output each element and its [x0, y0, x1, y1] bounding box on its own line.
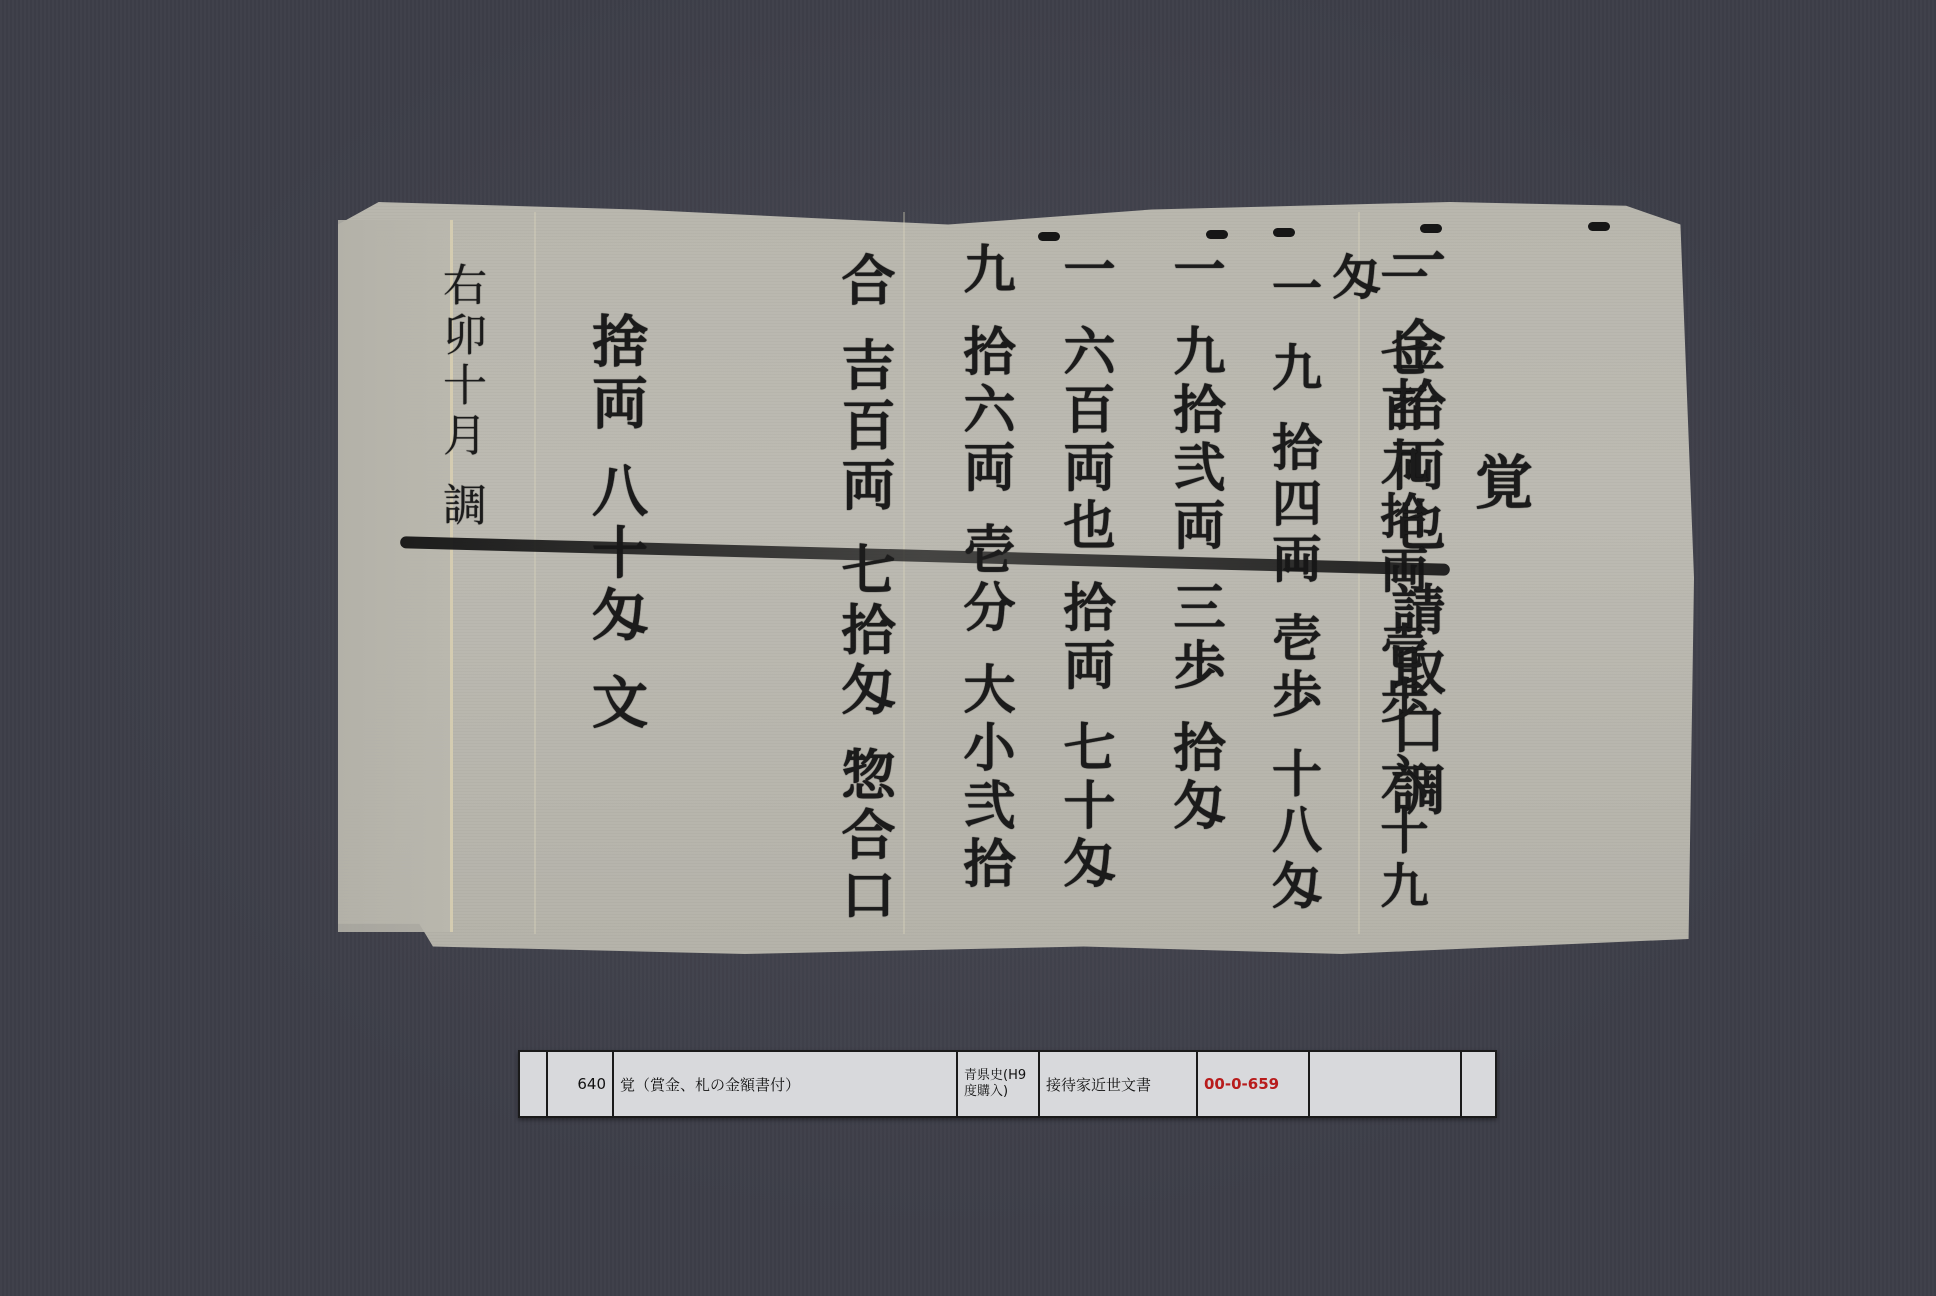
- text-column: 一 六百両也 拾両 七十匁: [1058, 242, 1110, 894]
- text-column: 捨両 八十匁 文: [588, 312, 644, 735]
- label-blank-cell: [1462, 1052, 1495, 1116]
- ink-mark: [1038, 232, 1060, 241]
- manuscript-document: 覚 一 金拾両也 請取口調 一 七百九拾両 壱歩 六十九匁 一 九 拾四両 壱歩…: [338, 202, 1694, 954]
- text-column: 一 九拾弐両 三歩 拾匁: [1168, 242, 1220, 836]
- label-number: 640: [548, 1052, 614, 1116]
- label-catalog-id: 00-0-659: [1198, 1052, 1310, 1116]
- fold-crease: [903, 212, 905, 934]
- ink-mark: [1273, 228, 1295, 237]
- text-column: 一 七百九拾両 壱歩 六十九匁: [1328, 252, 1424, 954]
- text-column: 九 拾六両 壱分 大小弐拾: [958, 242, 1010, 894]
- label-title: 覚（賞金、札の金額書付）: [614, 1052, 958, 1116]
- label-blank-cell: [1310, 1052, 1462, 1116]
- text-column: 合 吉百両 七拾匁 惣合口: [838, 252, 892, 926]
- label-blank-cell: [520, 1052, 548, 1116]
- date-column: 右卯十月 調: [438, 262, 482, 532]
- catalog-label-strip: 640 覚（賞金、札の金額書付） 青県史(H9 度購入) 接待家近世文書 00-…: [518, 1050, 1497, 1118]
- text-column: 一 九 拾四両 壱歩 十八匁: [1268, 262, 1318, 916]
- label-source: 青県史(H9 度購入): [958, 1052, 1040, 1116]
- heading-column: 覚: [1470, 452, 1528, 516]
- fold-crease: [534, 212, 536, 934]
- label-collection: 接待家近世文書: [1040, 1052, 1198, 1116]
- ink-mark: [1206, 230, 1228, 239]
- ink-mark: [1588, 222, 1610, 231]
- paper-sheet: [338, 202, 1694, 954]
